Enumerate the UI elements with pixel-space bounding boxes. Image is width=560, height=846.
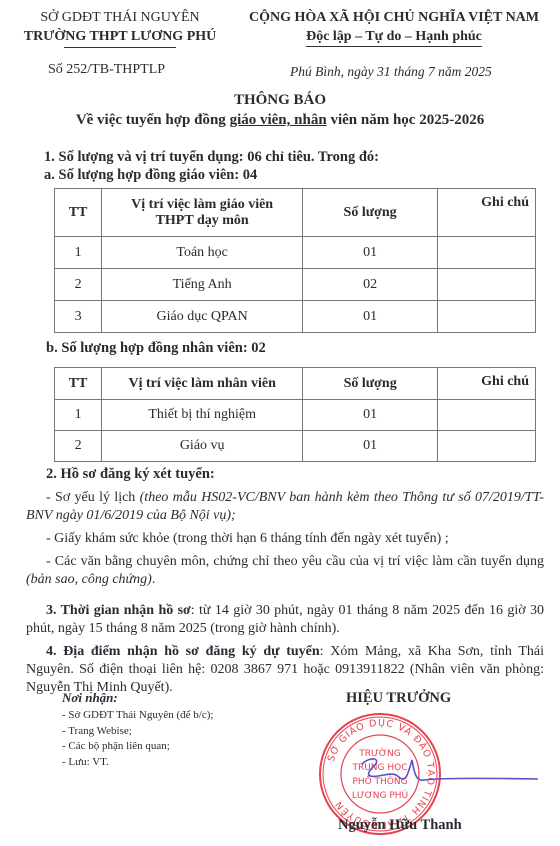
requirement-cv: - Sơ yếu lý lịch (theo mẫu HS02-VC/BNV b… [26, 489, 544, 525]
cell-tt: 2 [55, 269, 102, 301]
col-position: Vị trí việc làm nhân viên [102, 368, 303, 400]
cell-tt: 1 [55, 237, 102, 269]
col-position-line2: THPT dạy môn [102, 213, 302, 229]
recipients-list: - Sở GDĐT Thái Nguyên (để b/c); - Trang … [62, 708, 213, 770]
requirement-health: - Giấy khám sức khỏe (trong thời hạn 6 t… [26, 530, 544, 548]
subtitle-underlined: giáo viên, nhân [230, 112, 327, 128]
cell-tt: 1 [55, 400, 102, 431]
cell-position: Giáo dục QPAN [102, 301, 303, 333]
document-subtitle: Về việc tuyển hợp đồng giáo viên, nhân v… [0, 112, 560, 129]
subtitle-suffix: viên năm học 2025-2026 [327, 112, 485, 128]
cell-qty: 01 [303, 301, 438, 333]
col-position: Vị trí việc làm giáo viên THPT dạy môn [102, 189, 303, 237]
table-row: 2 Tiếng Anh 02 [55, 269, 536, 301]
cell-note [438, 301, 536, 333]
cell-qty: 01 [303, 431, 438, 462]
place-date: Phú Bình, ngày 31 tháng 7 năm 2025 [290, 64, 492, 80]
col-qty: Số lượng [303, 189, 438, 237]
list-item: - Các bộ phận liên quan; [62, 739, 213, 755]
cell-note [438, 431, 536, 462]
national-heading-block: CỘNG HÒA XÃ HỘI CHỦ NGHĨA VIỆT NAM Độc l… [228, 8, 560, 47]
col-qty: Số lượng [303, 368, 438, 400]
cell-qty: 01 [303, 400, 438, 431]
list-item: - Trang Webise; [62, 724, 213, 740]
degree-label: - Các văn bằng chuyên môn, chứng chỉ the… [46, 554, 544, 569]
cell-tt: 3 [55, 301, 102, 333]
school-name: TRƯỜNG THPT LƯƠNG PHÚ [0, 27, 240, 46]
table-row: 1 Toán học 01 [55, 237, 536, 269]
signer-name: Nguyễn Hữu Thanh [338, 817, 462, 834]
subtitle-prefix: Về việc tuyển hợp đồng [76, 112, 230, 128]
col-note: Ghi chú [438, 368, 536, 400]
table-header-row: TT Vị trí việc làm giáo viên THPT dạy mô… [55, 189, 536, 237]
cell-qty: 01 [303, 237, 438, 269]
cell-note [438, 237, 536, 269]
requirement-degree: - Các văn bằng chuyên môn, chứng chỉ the… [26, 553, 544, 589]
cell-position: Giáo vụ [102, 431, 303, 462]
agency-name: SỞ GDĐT THÁI NGUYÊN [0, 8, 240, 27]
document-title: THÔNG BÁO [0, 92, 560, 109]
staff-table: TT Vị trí việc làm nhân viên Số lượng Gh… [54, 367, 536, 462]
table-row: 1 Thiết bị thí nghiệm 01 [55, 400, 536, 431]
table-row: 3 Giáo dục QPAN 01 [55, 301, 536, 333]
degree-detail: (bản sao, công chứng) [26, 572, 152, 587]
section-4: 4. Địa điểm nhận hồ sơ đăng ký dự tuyển:… [26, 643, 544, 697]
teachers-table: TT Vị trí việc làm giáo viên THPT dạy mô… [54, 188, 536, 333]
section-4-label: 4. Địa điểm nhận hồ sơ đăng ký dự tuyển [46, 644, 320, 659]
document-number: Số 252/TB-THPTLP [48, 62, 165, 78]
col-note: Ghi chú [438, 189, 536, 237]
section-3-label: 3. Thời gian nhận hồ sơ [46, 603, 191, 618]
section-1a-heading: a. Số lượng hợp đồng giáo viên: 04 [44, 167, 257, 184]
signer-title: HIỆU TRƯỞNG [346, 690, 451, 707]
cell-position: Thiết bị thí nghiệm [102, 400, 303, 431]
issuing-agency-block: SỞ GDĐT THÁI NGUYÊN TRƯỜNG THPT LƯƠNG PH… [0, 8, 240, 48]
table-header-row: TT Vị trí việc làm nhân viên Số lượng Gh… [55, 368, 536, 400]
cell-position: Tiếng Anh [102, 269, 303, 301]
col-tt: TT [55, 189, 102, 237]
recipients-title: Nơi nhận: [62, 690, 118, 706]
degree-suffix: . [152, 572, 156, 587]
section-1-heading: 1. Số lượng và vị trí tuyển dụng: 06 chỉ… [44, 149, 379, 166]
section-3: 3. Thời gian nhận hồ sơ: từ 14 giờ 30 ph… [26, 602, 544, 638]
cell-tt: 2 [55, 431, 102, 462]
handwritten-signature-icon [360, 752, 540, 792]
list-item: - Sở GDĐT Thái Nguyên (để b/c); [62, 708, 213, 724]
cv-label: - Sơ yếu lý lịch [46, 490, 140, 505]
section-2-heading: 2. Hồ sơ đăng ký xét tuyển: [46, 466, 215, 483]
col-tt: TT [55, 368, 102, 400]
cell-qty: 02 [303, 269, 438, 301]
col-position-line1: Vị trí việc làm giáo viên [102, 197, 302, 213]
nation-name: CỘNG HÒA XÃ HỘI CHỦ NGHĨA VIỆT NAM [228, 8, 560, 27]
list-item: - Lưu: VT. [62, 755, 213, 771]
cell-position: Toán học [102, 237, 303, 269]
cell-note [438, 400, 536, 431]
divider [64, 47, 176, 48]
cell-note [438, 269, 536, 301]
section-1b-heading: b. Số lượng hợp đồng nhân viên: 02 [46, 340, 266, 357]
motto: Độc lập – Tự do – Hạnh phúc [306, 27, 482, 47]
table-row: 2 Giáo vụ 01 [55, 431, 536, 462]
